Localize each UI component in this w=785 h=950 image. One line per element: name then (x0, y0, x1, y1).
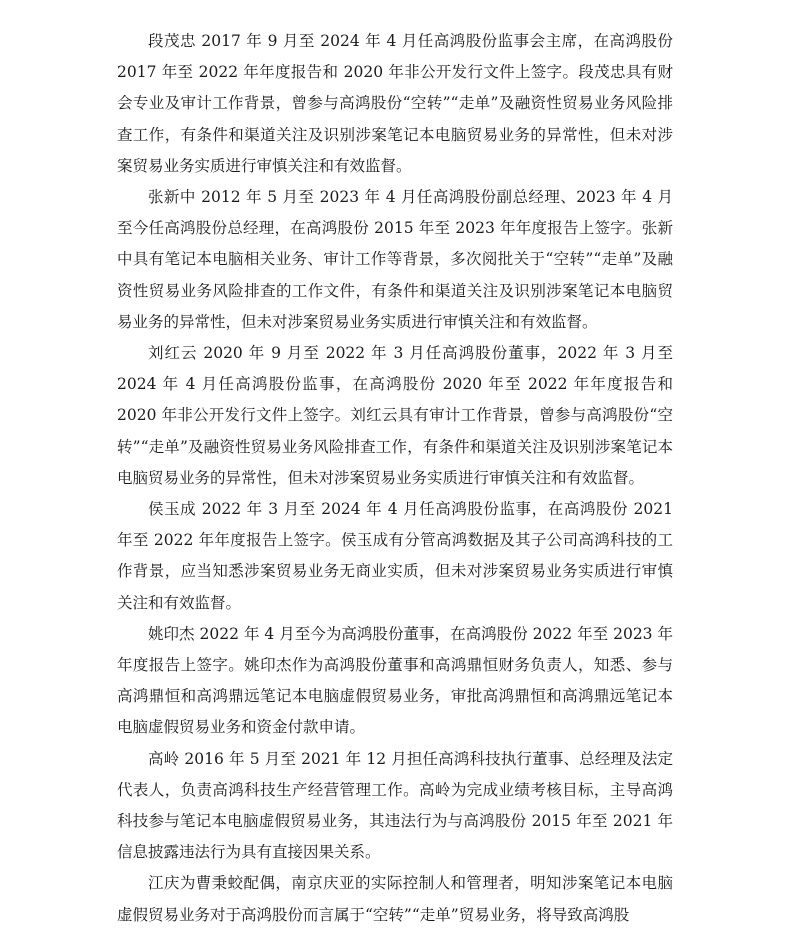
paragraph-duan-maozhong: 段茂忠 2017 年 9 月至 2024 年 4 月任高鸿股份监事会主席，在高鸿… (117, 26, 673, 182)
document-page: 段茂忠 2017 年 9 月至 2024 年 4 月任高鸿股份监事会主席，在高鸿… (117, 26, 673, 931)
paragraph-yao-yinjie: 姚印杰 2022 年 4 月至今为高鸿股份董事，在高鸿股份 2022 年至 20… (117, 619, 673, 744)
paragraph-gao-ling: 高岭 2016 年 5 月至 2021 年 12 月担任高鸿科技执行董事、总经理… (117, 744, 673, 869)
paragraph-hou-yucheng: 侯玉成 2022 年 3 月至 2024 年 4 月任高鸿股份监事，在高鸿股份 … (117, 494, 673, 619)
paragraph-zhang-xinzhong: 张新中 2012 年 5 月至 2023 年 4 月任高鸿股份副总经理、2023… (117, 182, 673, 338)
paragraph-jiang-qing: 江庆为曹秉蛟配偶，南京庆亚的实际控制人和管理者，明知涉案笔记本电脑虚假贸易业务对… (117, 868, 673, 930)
paragraph-liu-hongyun: 刘红云 2020 年 9 月至 2022 年 3 月任高鸿股份董事，2022 年… (117, 338, 673, 494)
